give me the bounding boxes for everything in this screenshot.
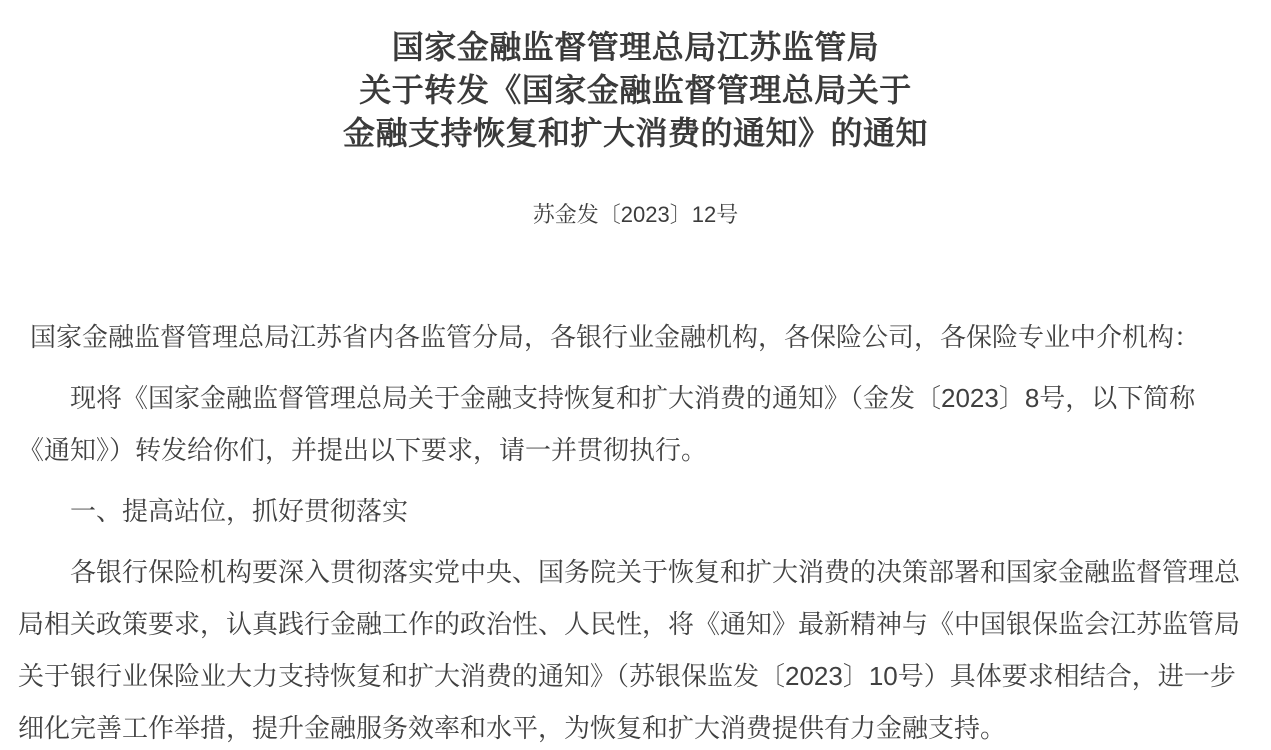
title-line-1: 国家金融监督管理总局江苏监管局 xyxy=(0,26,1271,69)
paragraph-implementation: 各银行保险机构要深入贯彻落实党中央、国务院关于恢复和扩大消费的决策部署和国家金融… xyxy=(18,546,1263,750)
paragraph-implementation-line-2: 局相关政策要求，认真践行金融工作的政治性、人民性，将《通知》最新精神与《中国银保… xyxy=(18,598,1263,650)
paragraph-forwarding: 现将《国家金融监督管理总局关于金融支持恢复和扩大消费的通知》（金发〔2023〕8… xyxy=(18,372,1263,476)
paragraph-forwarding-line-2: 《通知》）转发给你们，并提出以下要求，请一并贯彻执行。 xyxy=(18,424,1263,476)
document-body: 国家金融监督管理总局江苏省内各监管分局，各银行业金融机构，各保险公司，各保险专业… xyxy=(0,311,1271,750)
section-heading-1-text: 一、提高站位，抓好贯彻落实 xyxy=(18,485,1263,537)
document-number: 苏金发〔2023〕12号 xyxy=(0,199,1271,231)
paragraph-implementation-line-4: 细化完善工作举措，提升金融服务效率和水平，为恢复和扩大消费提供有力金融支持。 xyxy=(18,702,1263,750)
paragraph-forwarding-line-1: 现将《国家金融监督管理总局关于金融支持恢复和扩大消费的通知》（金发〔2023〕8… xyxy=(18,372,1263,424)
title-line-2: 关于转发《国家金融监督管理总局关于 xyxy=(0,69,1271,112)
paragraph-implementation-line-3: 关于银行业保险业大力支持恢复和扩大消费的通知》（苏银保监发〔2023〕10号）具… xyxy=(18,650,1263,702)
title-line-3: 金融支持恢复和扩大消费的通知》的通知 xyxy=(0,112,1271,155)
paragraph-implementation-line-1: 各银行保险机构要深入贯彻落实党中央、国务院关于恢复和扩大消费的决策部署和国家金融… xyxy=(18,546,1263,598)
salutation-line: 国家金融监督管理总局江苏省内各监管分局，各银行业金融机构，各保险公司，各保险专业… xyxy=(18,311,1263,363)
notice-document-page: 国家金融监督管理总局江苏监管局 关于转发《国家金融监督管理总局关于 金融支持恢复… xyxy=(0,0,1271,750)
document-title: 国家金融监督管理总局江苏监管局 关于转发《国家金融监督管理总局关于 金融支持恢复… xyxy=(0,0,1271,155)
section-heading-1: 一、提高站位，抓好贯彻落实 xyxy=(18,485,1263,537)
